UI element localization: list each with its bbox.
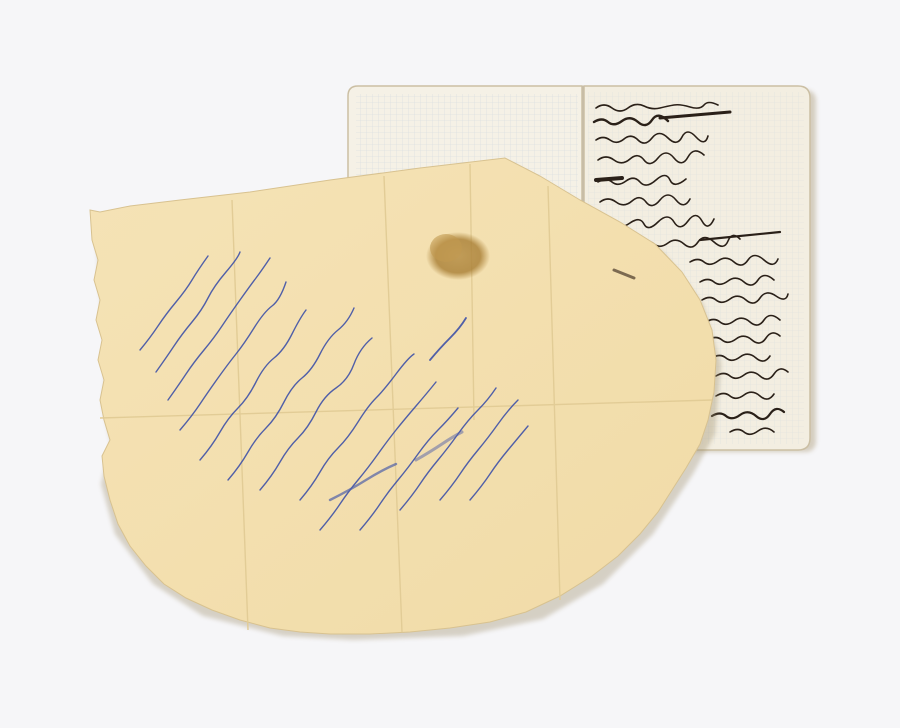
torn-letter [90,158,721,640]
scene-illustration [0,0,900,728]
photo-scene [0,0,900,728]
